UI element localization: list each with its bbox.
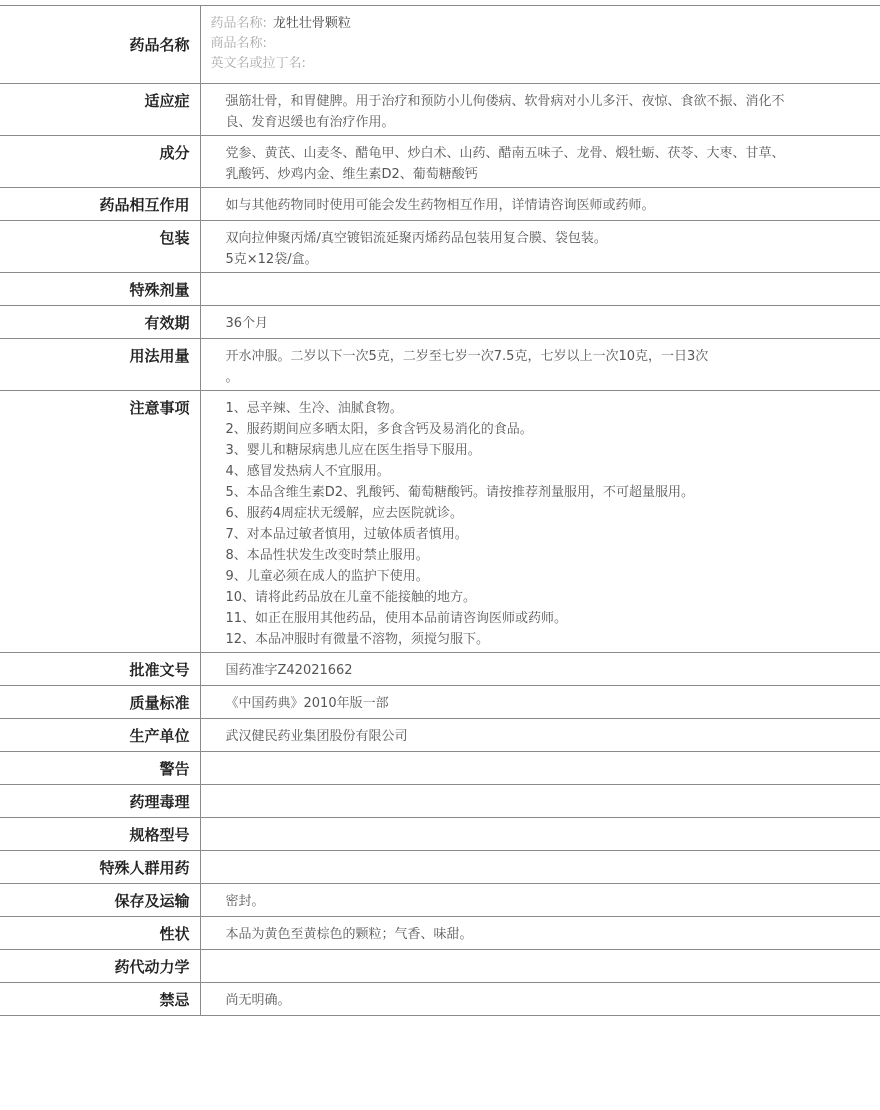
row-value: 如与其他药物同时使用可能会发生药物相互作用，详情请咨询医师或药师。 bbox=[200, 188, 880, 221]
drug-name-value: 龙牡壮骨颗粒 bbox=[273, 16, 351, 31]
row-label: 规格型号 bbox=[0, 818, 200, 851]
row-value: 强筋壮骨，和胃健脾。用于治疗和预防小儿佝偻病、软骨病对小儿多汗、夜惊、食欲不振、… bbox=[200, 84, 880, 136]
value-line: 双向拉伸聚丙烯/真空镀铝流延聚丙烯药品包装用复合膜、袋包装。 bbox=[226, 228, 871, 249]
row-value: 武汉健民药业集团股份有限公司 bbox=[200, 719, 880, 752]
precaution-item: 4、感冒发热病人不宜服用。 bbox=[226, 461, 871, 482]
trade-name-line: 商品名称: bbox=[211, 34, 871, 54]
row-label: 警告 bbox=[0, 752, 200, 785]
row-label: 批准文号 bbox=[0, 653, 200, 686]
row-label: 性状 bbox=[0, 917, 200, 950]
row-indications: 适应症 强筋壮骨，和胃健脾。用于治疗和预防小儿佝偻病、软骨病对小儿多汗、夜惊、食… bbox=[0, 84, 880, 136]
row-value: 36个月 bbox=[200, 306, 880, 339]
precaution-item: 6、服药4周症状无缓解，应去医院就诊。 bbox=[226, 503, 871, 524]
row-contraindications: 禁忌 尚无明确。 bbox=[0, 983, 880, 1016]
row-label: 有效期 bbox=[0, 306, 200, 339]
row-manufacturer: 生产单位 武汉健民药业集团股份有限公司 bbox=[0, 719, 880, 752]
row-value: 密封。 bbox=[200, 884, 880, 917]
row-value bbox=[200, 950, 880, 983]
field-key: 英文名或拉丁名: bbox=[211, 56, 306, 71]
row-value: 1、忌辛辣、生冷、油腻食物。 2、服药期间应多晒太阳，多食含钙及易消化的食品。 … bbox=[200, 391, 880, 653]
row-shelf-life: 有效期 36个月 bbox=[0, 306, 880, 339]
row-label: 注意事项 bbox=[0, 391, 200, 653]
row-value bbox=[200, 273, 880, 306]
row-value: 党参、黄芪、山麦冬、醋龟甲、炒白术、山药、醋南五味子、龙骨、煅牡蛎、茯苓、大枣、… bbox=[200, 136, 880, 188]
row-value: 尚无明确。 bbox=[200, 983, 880, 1016]
row-label: 禁忌 bbox=[0, 983, 200, 1016]
row-value: 本品为黄色至黄棕色的颗粒；气香、味甜。 bbox=[200, 917, 880, 950]
row-packaging: 包装 双向拉伸聚丙烯/真空镀铝流延聚丙烯药品包装用复合膜、袋包装。 5克×12袋… bbox=[0, 221, 880, 273]
row-value: 开水冲服。二岁以下一次5克，二岁至七岁一次7.5克，七岁以上一次10克，一日3次… bbox=[200, 339, 880, 391]
row-dosage: 用法用量 开水冲服。二岁以下一次5克，二岁至七岁一次7.5克，七岁以上一次10克… bbox=[0, 339, 880, 391]
precaution-item: 1、忌辛辣、生冷、油腻食物。 bbox=[226, 398, 871, 419]
precaution-item: 2、服药期间应多晒太阳，多食含钙及易消化的食品。 bbox=[226, 419, 871, 440]
precaution-item: 11、如正在服用其他药品，使用本品前请咨询医师或药师。 bbox=[226, 608, 871, 629]
row-label: 质量标准 bbox=[0, 686, 200, 719]
value-line: 。 bbox=[226, 367, 871, 388]
row-label: 适应症 bbox=[0, 84, 200, 136]
row-label: 特殊人群用药 bbox=[0, 851, 200, 884]
row-label: 生产单位 bbox=[0, 719, 200, 752]
row-approval-number: 批准文号 国药准字Z42021662 bbox=[0, 653, 880, 686]
row-label: 药理毒理 bbox=[0, 785, 200, 818]
row-label: 药代动力学 bbox=[0, 950, 200, 983]
row-pharmacokinetics: 药代动力学 bbox=[0, 950, 880, 983]
row-specification: 规格型号 bbox=[0, 818, 880, 851]
drug-name-fields: 药品名称:龙牡壮骨颗粒 商品名称: 英文名或拉丁名: bbox=[200, 6, 880, 84]
row-value: 《中国药典》2010年版一部 bbox=[200, 686, 880, 719]
row-drug-name: 药品名称 药品名称:龙牡壮骨颗粒 商品名称: 英文名或拉丁名: bbox=[0, 6, 880, 84]
value-line: 开水冲服。二岁以下一次5克，二岁至七岁一次7.5克，七岁以上一次10克，一日3次 bbox=[226, 346, 871, 367]
precaution-item: 9、儿童必须在成人的监护下使用。 bbox=[226, 566, 871, 587]
row-label: 用法用量 bbox=[0, 339, 200, 391]
row-pharmacology: 药理毒理 bbox=[0, 785, 880, 818]
row-value: 国药准字Z42021662 bbox=[200, 653, 880, 686]
row-warning: 警告 bbox=[0, 752, 880, 785]
row-value: 双向拉伸聚丙烯/真空镀铝流延聚丙烯药品包装用复合膜、袋包装。 5克×12袋/盒。 bbox=[200, 221, 880, 273]
row-special-populations: 特殊人群用药 bbox=[0, 851, 880, 884]
field-key: 商品名称: bbox=[211, 36, 267, 51]
row-label: 药品相互作用 bbox=[0, 188, 200, 221]
row-label: 保存及运输 bbox=[0, 884, 200, 917]
row-value bbox=[200, 818, 880, 851]
drug-name-line: 药品名称:龙牡壮骨颗粒 bbox=[211, 14, 871, 34]
field-key: 药品名称: bbox=[211, 16, 267, 31]
precaution-item: 3、婴儿和糖尿病患儿应在医生指导下服用。 bbox=[226, 440, 871, 461]
precaution-item: 12、本品冲服时有微量不溶物，须搅匀服下。 bbox=[226, 629, 871, 650]
row-precautions: 注意事项 1、忌辛辣、生冷、油腻食物。 2、服药期间应多晒太阳，多食含钙及易消化… bbox=[0, 391, 880, 653]
row-description: 性状 本品为黄色至黄棕色的颗粒；气香、味甜。 bbox=[0, 917, 880, 950]
row-label: 包装 bbox=[0, 221, 200, 273]
row-storage: 保存及运输 密封。 bbox=[0, 884, 880, 917]
precaution-item: 5、本品含维生素D2、乳酸钙、葡萄糖酸钙。请按推荐剂量服用，不可超量服用。 bbox=[226, 482, 871, 503]
row-value bbox=[200, 785, 880, 818]
precaution-item: 10、请将此药品放在儿童不能接触的地方。 bbox=[226, 587, 871, 608]
row-label: 药品名称 bbox=[0, 6, 200, 84]
row-label: 特殊剂量 bbox=[0, 273, 200, 306]
precaution-item: 7、对本品过敏者慎用，过敏体质者慎用。 bbox=[226, 524, 871, 545]
precaution-item: 8、本品性状发生改变时禁止服用。 bbox=[226, 545, 871, 566]
row-quality-standard: 质量标准 《中国药典》2010年版一部 bbox=[0, 686, 880, 719]
row-label: 成分 bbox=[0, 136, 200, 188]
drug-spec-table: 药品名称 药品名称:龙牡壮骨颗粒 商品名称: 英文名或拉丁名: 适应症 强筋壮骨… bbox=[0, 5, 880, 1016]
row-ingredients: 成分 党参、黄芪、山麦冬、醋龟甲、炒白术、山药、醋南五味子、龙骨、煅牡蛎、茯苓、… bbox=[0, 136, 880, 188]
row-value bbox=[200, 752, 880, 785]
value-line: 5克×12袋/盒。 bbox=[226, 249, 871, 270]
latin-name-line: 英文名或拉丁名: bbox=[211, 54, 871, 74]
row-interactions: 药品相互作用 如与其他药物同时使用可能会发生药物相互作用，详情请咨询医师或药师。 bbox=[0, 188, 880, 221]
row-special-dosage: 特殊剂量 bbox=[0, 273, 880, 306]
row-value bbox=[200, 851, 880, 884]
